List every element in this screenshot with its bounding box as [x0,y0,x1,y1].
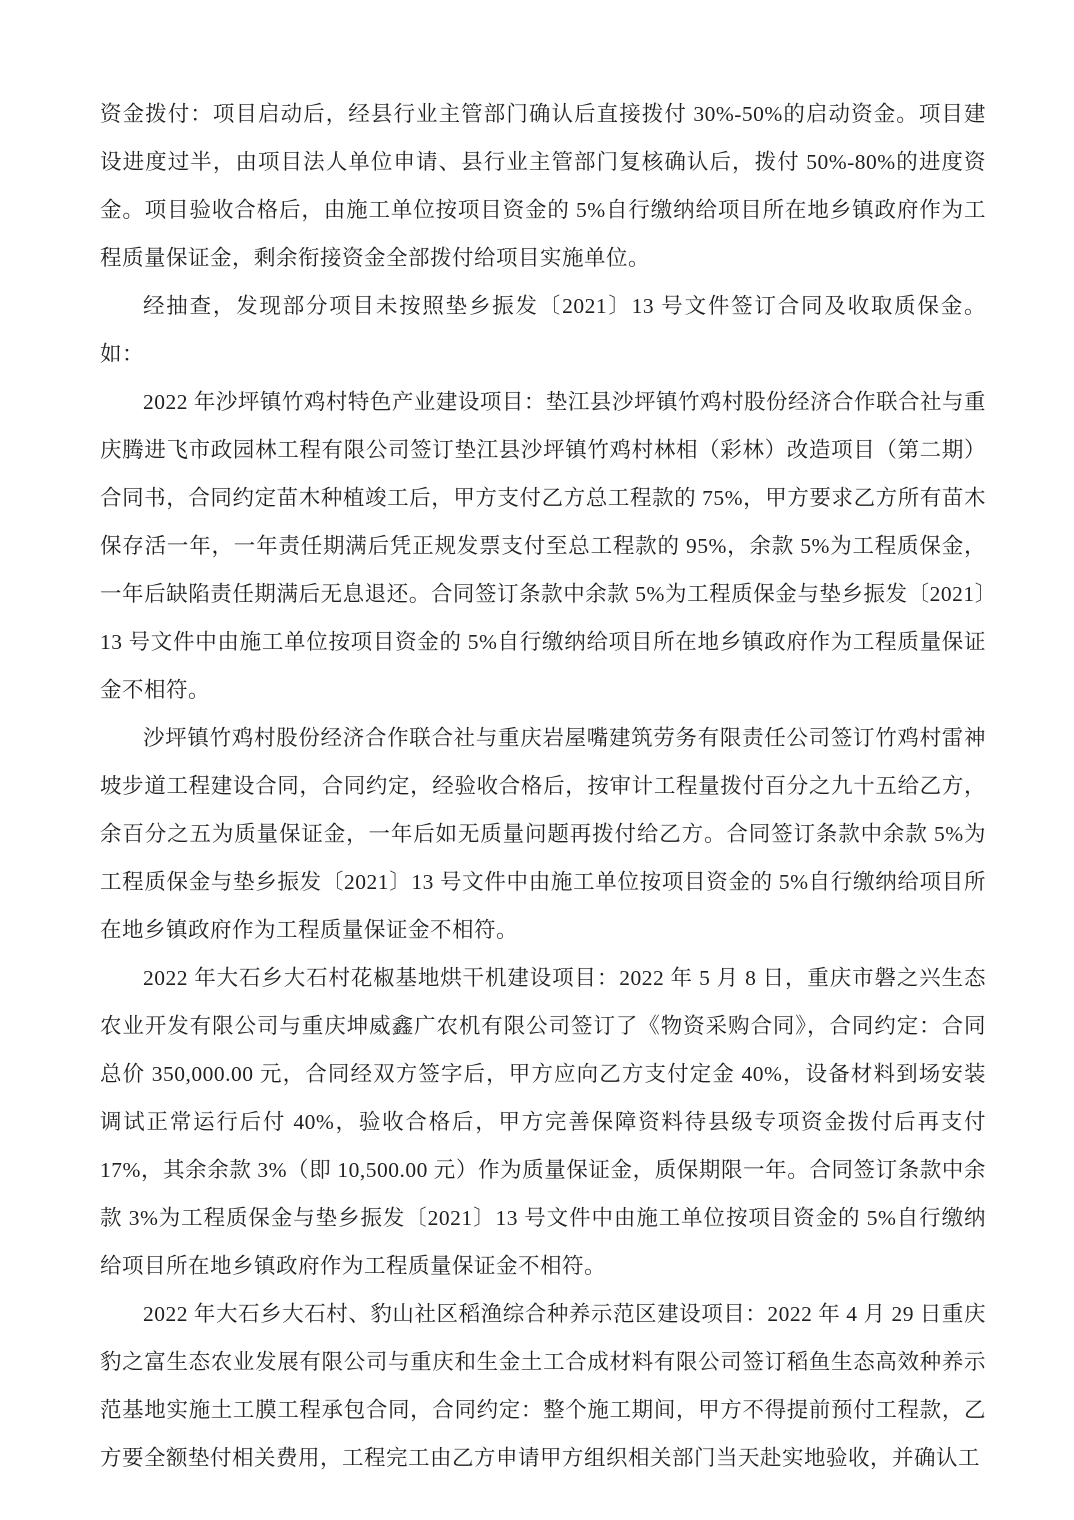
paragraph-rice-fish-demo-zone-project: 2022 年大石乡大石村、豹山社区稻渔综合种养示范区建设项目：2022 年 4 … [100,1290,986,1482]
document-page: 资金拨付：项目启动后，经县行业主管部门确认后直接拨付 30%-50%的启动资金。… [0,0,1074,1520]
paragraph-spot-check-finding-intro: 经抽查，发现部分项目未按照垫乡振发〔2021〕13 号文件签订合同及收取质保金。… [100,282,986,378]
paragraph-zhuji-village-industry-project: 2022 年沙坪镇竹鸡村特色产业建设项目：垫江县沙坪镇竹鸡村股份经济合作联合社与… [100,378,986,714]
document-body: 资金拨付：项目启动后，经县行业主管部门确认后直接拨付 30%-50%的启动资金。… [100,90,986,1482]
paragraph-funding-disbursement-rules: 资金拨付：项目启动后，经县行业主管部门确认后直接拨付 30%-50%的启动资金。… [100,90,986,282]
paragraph-pepper-dryer-project: 2022 年大石乡大石村花椒基地烘干机建设项目：2022 年 5 月 8 日，重… [100,954,986,1290]
paragraph-leishenpo-trail-project: 沙坪镇竹鸡村股份经济合作联合社与重庆岩屋嘴建筑劳务有限责任公司签订竹鸡村雷神坡步… [100,714,986,954]
